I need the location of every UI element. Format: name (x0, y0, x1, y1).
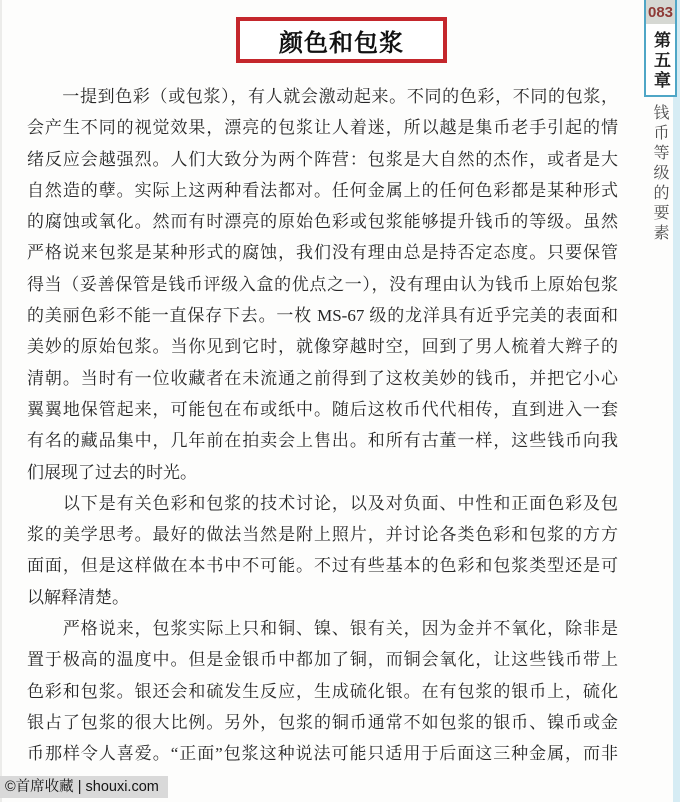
text-line: 清朝。当时有一位收藏者在未流通之前得到了这枚美妙的钱币，并把它小心 (27, 363, 618, 394)
title-box: 颜色和包浆 (236, 17, 447, 63)
text-line: 们展现了过去的时光。 (27, 457, 618, 488)
text-line: 一提到色彩（或包浆），有人就会激动起来。不同的色彩，不同的包浆， (27, 81, 618, 112)
text-line: 绪反应会越强烈。人们大致分为两个阵营：包浆是大自然的杰作，或者是大 (27, 144, 618, 175)
chapter-subtitle: 钱币等级的要素 (648, 104, 671, 244)
text-line: 以下是有关色彩和包浆的技术讨论，以及对负面、中性和正面色彩及包 (27, 488, 618, 519)
text-line: 翼翼地保管起来，可能包在布或纸中。随后这枚币代代相传，直到进入一套 (27, 394, 618, 425)
text-line: 严格说来包浆是某种形式的腐蚀，我们没有理由总是持否定态度。只要保管 (27, 237, 618, 268)
body-text: 一提到色彩（或包浆），有人就会激动起来。不同的色彩，不同的包浆，会产生不同的视觉… (27, 81, 618, 801)
paragraph: 以下是有关色彩和包浆的技术讨论，以及对负面、中性和正面色彩及包浆的美学思考。最好… (27, 488, 618, 613)
watermark: ©首席收藏 | shouxi.com (0, 776, 168, 798)
text-line: 面面，但是这样做在本书中不可能。不过有些基本的色彩和包浆类型还是可 (27, 550, 618, 581)
page-left-edge (0, 0, 2, 802)
chapter-label: 第五章 (648, 31, 673, 91)
text-line: 美妙的原始包浆。当你见到它时，就像穿越时空，回到了男人梳着大辫子的 (27, 331, 618, 362)
paragraph: 严格说来，包浆实际上只和铜、镍、银有关，因为金并不氧化，除非是置于极高的温度中。… (27, 613, 618, 801)
text-line: 的腐蚀或氧化。然而有时漂亮的原始色彩或包浆能够提升钱币的等级。虽然 (27, 206, 618, 237)
text-line: 的美丽色彩不能一直保存下去。一枚 MS-67 级的龙洋具有近乎完美的表面和 (27, 300, 618, 331)
paragraph: 一提到色彩（或包浆），有人就会激动起来。不同的色彩，不同的包浆，会产生不同的视觉… (27, 81, 618, 488)
page-number-badge: 083 (646, 0, 675, 24)
text-line: 置于极高的温度中。但是金银币中都加了铜，而铜会氧化，让这些钱币带上 (27, 644, 618, 675)
page-title: 颜色和包浆 (279, 23, 404, 58)
page-edge-strip (673, 0, 680, 802)
text-line: 严格说来，包浆实际上只和铜、镍、银有关，因为金并不氧化，除非是 (27, 613, 618, 644)
text-line: 浆的美学思考。最好的做法当然是附上照片，并讨论各类色彩和包浆的方方 (27, 519, 618, 550)
chapter-tab: 083 第五章 (644, 0, 677, 97)
text-line: 以解释清楚。 (27, 582, 618, 613)
text-line: 币那样令人喜爱。“正面”包浆这种说法可能只适用于后面这三种金属，而非 (27, 738, 618, 769)
text-line: 银占了包浆的很大比例。另外，包浆的铜币通常不如包浆的银币、镍币或金 (27, 707, 618, 738)
book-page: 083 第五章 钱币等级的要素 颜色和包浆 一提到色彩（或包浆），有人就会激动起… (0, 0, 680, 802)
text-line: 得当（妥善保管是钱币评级入盒的优点之一），没有理由认为钱币上原始包浆 (27, 269, 618, 300)
text-line: 会产生不同的视觉效果，漂亮的包浆让人着迷，所以越是集币老手引起的情 (27, 112, 618, 143)
text-line: 有名的藏品集中，几年前在拍卖会上售出。和所有古董一样，这些钱币向我 (27, 425, 618, 456)
text-line: 色彩和包浆。银还会和硫发生反应，生成硫化银。在有包浆的银币上，硫化 (27, 676, 618, 707)
text-line: 自然造的孽。实际上这两种看法都对。任何金属上的任何色彩都是某种形式 (27, 175, 618, 206)
